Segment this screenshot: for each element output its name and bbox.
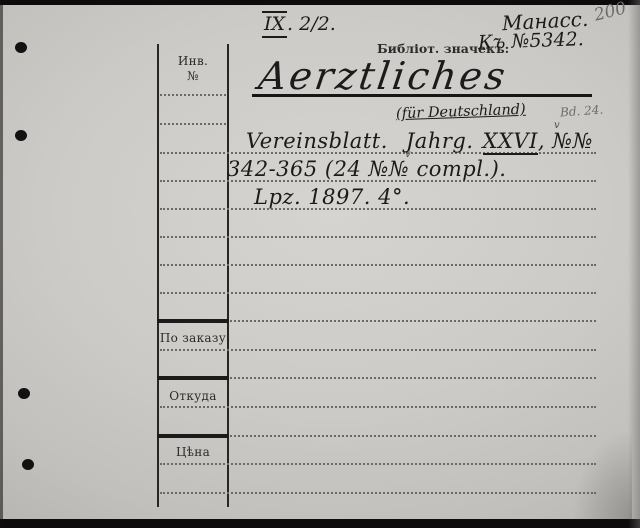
page-number: 200: [592, 0, 628, 26]
section-label-otkuda: Откуда: [158, 389, 228, 403]
section-label-po-zakazu: По заказу: [158, 331, 228, 345]
entry-title-continuation: Vereinsblatt.: [246, 129, 388, 153]
scan-edge-left: [0, 0, 3, 528]
inventory-label-line1: Инв.: [158, 54, 228, 68]
ruled-line: [160, 463, 596, 465]
ruled-line: [160, 492, 596, 494]
library-stamp-number: Къ №5342.: [478, 28, 584, 54]
catalog-card-scan: Инв. № По заказу Откуда Цѣна IX. 2/2. Ма…: [0, 0, 640, 528]
inventory-label-line2: №: [158, 69, 228, 83]
entry-volume-roman: XXVI: [483, 129, 538, 155]
ruled-line: [230, 377, 596, 379]
call-number-roman: IX: [262, 11, 287, 38]
section-divider-bar: [157, 376, 229, 380]
section-label-tsena: Цѣна: [158, 445, 228, 459]
scan-edge-top: [0, 0, 640, 5]
call-number-fraction: . 2/2.: [287, 13, 336, 35]
call-number: IX. 2/2.: [262, 13, 336, 35]
ruled-line: [160, 349, 596, 351]
ruled-line: [160, 406, 596, 408]
hole-punch: [18, 388, 30, 399]
scan-edge-bottom: [0, 519, 640, 528]
section-divider-bar: [157, 434, 229, 438]
volume-note: Bd. 24.: [560, 103, 604, 120]
card-corner-shadow: [572, 429, 632, 519]
entry-line-1: Vereinsblatt.Jahrg.XXVI, №№: [246, 129, 593, 153]
hole-punch: [15, 130, 27, 141]
hole-punch: [22, 459, 34, 470]
entry-jahrg: Jahrg.: [406, 129, 474, 153]
entry-issues-label: , №№: [538, 129, 593, 153]
ruled-line: [160, 236, 596, 238]
entry-line-3: Lpz. 1897. 4°.: [254, 185, 410, 209]
hole-punch: [15, 42, 27, 53]
ruled-line: [160, 94, 226, 96]
card-title: Aerztliches: [256, 54, 511, 98]
entry-line-2: 342-365 (24 №№ compl.).: [227, 157, 506, 181]
section-divider-bar: [157, 319, 229, 323]
ruled-line: [160, 292, 596, 294]
insertion-note: (für Deutschland): [396, 102, 526, 123]
ruled-line: [160, 264, 596, 266]
ruled-line: [230, 320, 596, 322]
ruled-line: [230, 435, 596, 437]
ruled-line: [160, 123, 226, 125]
